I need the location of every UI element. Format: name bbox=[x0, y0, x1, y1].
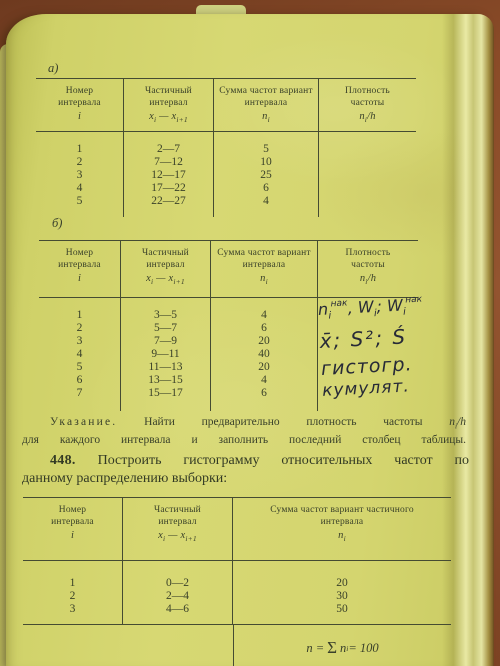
table-a-col-frequency-sum: 5 10 25 6 4 bbox=[214, 132, 319, 217]
table-a-col-interval-number: 1 2 3 4 5 bbox=[36, 132, 124, 217]
table-a-header-interval-number: Номер интервала i bbox=[36, 79, 124, 131]
table-b-col-interval-number: 1 2 3 4 5 6 7 bbox=[39, 298, 121, 411]
handwriting-line-2: x̄; S²; Ś bbox=[319, 319, 500, 353]
problem-448-paragraph: 448. Построить гистограмму относительных… bbox=[22, 452, 469, 488]
table-c: Номер интервала i Частичный интервал xi … bbox=[23, 497, 451, 666]
problem-number: 448. bbox=[50, 453, 76, 468]
hint-label: Указание. bbox=[50, 416, 117, 428]
table-c-body: 1 2 3 0—2 2—4 4—6 20 30 50 bbox=[23, 561, 451, 625]
table-c-col-interval-number: 1 2 3 bbox=[23, 561, 123, 624]
table-a-header-partial-interval: Частичный интервал xi — xi+1 bbox=[124, 79, 214, 131]
table-c-header-row: Номер интервала i Частичный интервал xi … bbox=[23, 497, 451, 561]
table-a-header-frequency-density: Плотность частоты ni/h bbox=[319, 79, 416, 131]
table-c-total-row: n = Σni = 100 bbox=[23, 625, 451, 666]
hint-paragraph: Указание. Найти предварительно плотность… bbox=[22, 415, 466, 448]
sigma-symbol: Σ bbox=[327, 638, 337, 658]
table-c-header-partial-interval: Частичный интервал xi — xi+1 bbox=[123, 498, 233, 560]
table-c-header-interval-number: Номер интервала i bbox=[23, 498, 123, 560]
density-formula: ni/h bbox=[449, 416, 466, 428]
section-label-b: б) bbox=[52, 216, 62, 231]
table-a-header-frequency-sum: Сумма частот вариант интервала ni bbox=[214, 79, 319, 131]
total-formula: n = Σni = 100 bbox=[233, 625, 451, 666]
table-a-col-partial-interval: 2—7 7—12 12—17 17—22 22—27 bbox=[124, 132, 214, 217]
table-b-header-frequency-density: Плотность частоты ni/h bbox=[318, 241, 418, 297]
table-a: Номер интервала i Частичный интервал xi … bbox=[36, 78, 416, 217]
table-b-col-frequency-sum: 4 6 20 40 20 4 6 bbox=[211, 298, 318, 411]
book-page: а) Номер интервала i Частичный интервал … bbox=[6, 14, 493, 666]
table-a-header-row: Номер интервала i Частичный интервал xi … bbox=[36, 78, 416, 132]
table-c-col-frequency-sum: 20 30 50 bbox=[233, 561, 451, 624]
table-b-header-row: Номер интервала i Частичный интервал xi … bbox=[39, 240, 418, 298]
table-b-header-interval-number: Номер интервала i bbox=[39, 241, 121, 297]
table-b-header-partial-interval: Частичный интервал xi — xi+1 bbox=[121, 241, 211, 297]
table-c-col-partial-interval: 0—2 2—4 4—6 bbox=[123, 561, 233, 624]
table-a-body: 1 2 3 4 5 2—7 7—12 12—17 17—22 22—27 5 1… bbox=[36, 132, 416, 217]
table-b-col-partial-interval: 3—5 5—7 7—9 9—11 11—13 13—15 15—17 bbox=[121, 298, 211, 411]
table-b-header-frequency-sum: Сумма частот вариант интервала ni bbox=[211, 241, 318, 297]
section-label-a: а) bbox=[48, 61, 58, 76]
handwritten-annotations: niнак, Wi; Wiнак x̄; S²; Ś гистогр. куму… bbox=[317, 290, 500, 401]
table-a-col-frequency-density-empty bbox=[319, 132, 416, 217]
table-c-header-frequency-sum: Сумма частот вариант частичного интервал… bbox=[233, 498, 451, 560]
